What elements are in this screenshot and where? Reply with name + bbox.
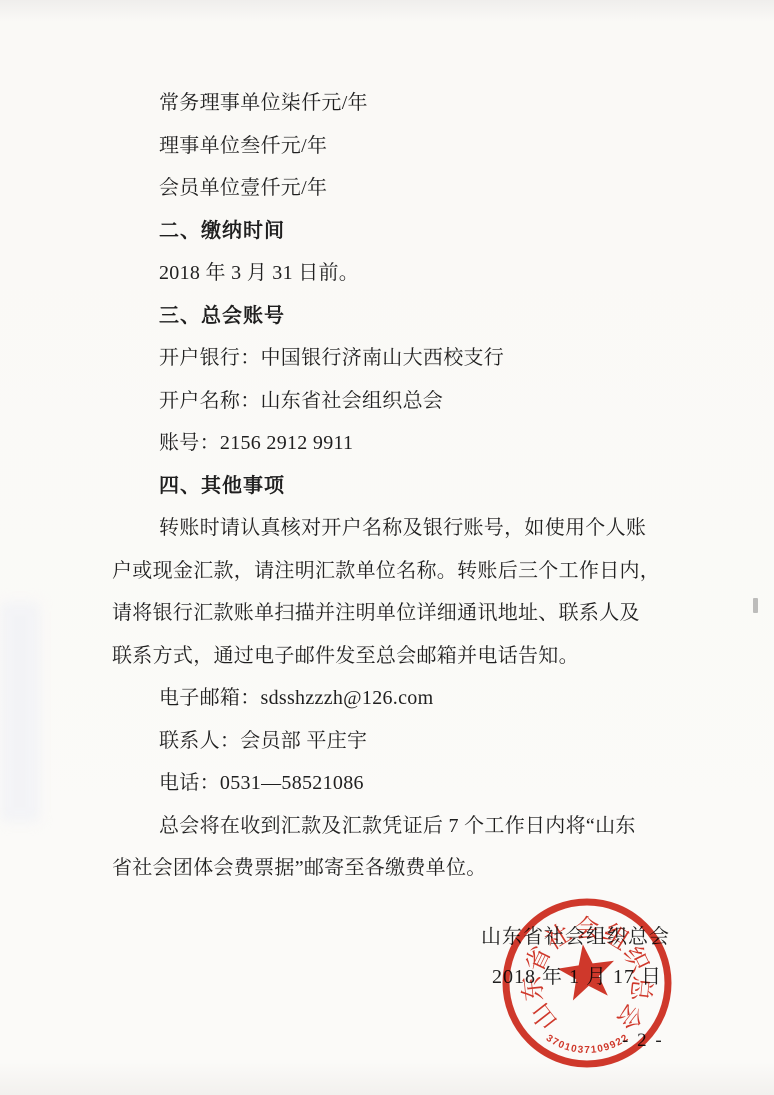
para2-line1: 总会将在收到汇款及汇款凭证后 7 个工作日内将“山东	[112, 805, 672, 848]
account-name-line: 开户名称：山东省社会组织总会	[112, 380, 672, 423]
contact-line: 联系人：会员部 平庄宇	[112, 720, 672, 763]
bank-name-line: 开户银行：中国银行济南山大西校支行	[112, 337, 672, 380]
document-body: 常务理事单位柒仟元/年 理事单位叁仟元/年 会员单位壹仟元/年 二、缴纳时间 2…	[112, 82, 672, 890]
scan-artifact	[753, 598, 758, 613]
phone-line: 电话：0531—58521086	[112, 762, 672, 805]
account-number-line: 账号：2156 2912 9911	[112, 422, 672, 465]
fee-line-executive-director: 常务理事单位柒仟元/年	[112, 82, 672, 125]
section3-heading: 三、总会账号	[112, 295, 672, 338]
payment-deadline: 2018 年 3 月 31 日前。	[112, 252, 672, 295]
para1-line1: 转账时请认真核对开户名称及银行账号，如使用个人账	[112, 507, 672, 550]
section2-heading: 二、缴纳时间	[112, 210, 672, 253]
svg-text:3: 3	[577, 1044, 584, 1056]
para1-line2: 户或现金汇款，请注明汇款单位名称。转账后三个工作日内，	[112, 550, 672, 593]
para1-line4: 联系方式，通过电子邮件发至总会邮箱并电话告知。	[112, 635, 672, 678]
svg-text:7: 7	[584, 1045, 590, 1056]
signature-organization: 山东省社会组织总会	[481, 920, 670, 949]
svg-text:会: 会	[611, 998, 648, 1035]
signature-date: 2018 年 1 月 17 日	[492, 960, 662, 989]
para2-line2: 省社会团体会费票据”邮寄至各缴费单位。	[112, 847, 672, 890]
para1-line3: 请将银行汇款账单扫描并注明单位详细通讯地址、联系人及	[112, 592, 672, 635]
svg-text:山: 山	[527, 998, 564, 1034]
section4-heading: 四、其他事项	[112, 465, 672, 508]
fee-line-member: 会员单位壹仟元/年	[112, 167, 672, 210]
email-line: 电子邮箱：sdsshzzzh@126.com	[112, 677, 672, 720]
fee-line-director: 理事单位叁仟元/年	[112, 125, 672, 168]
document-page: 常务理事单位柒仟元/年 理事单位叁仟元/年 会员单位壹仟元/年 二、缴纳时间 2…	[0, 0, 774, 1095]
